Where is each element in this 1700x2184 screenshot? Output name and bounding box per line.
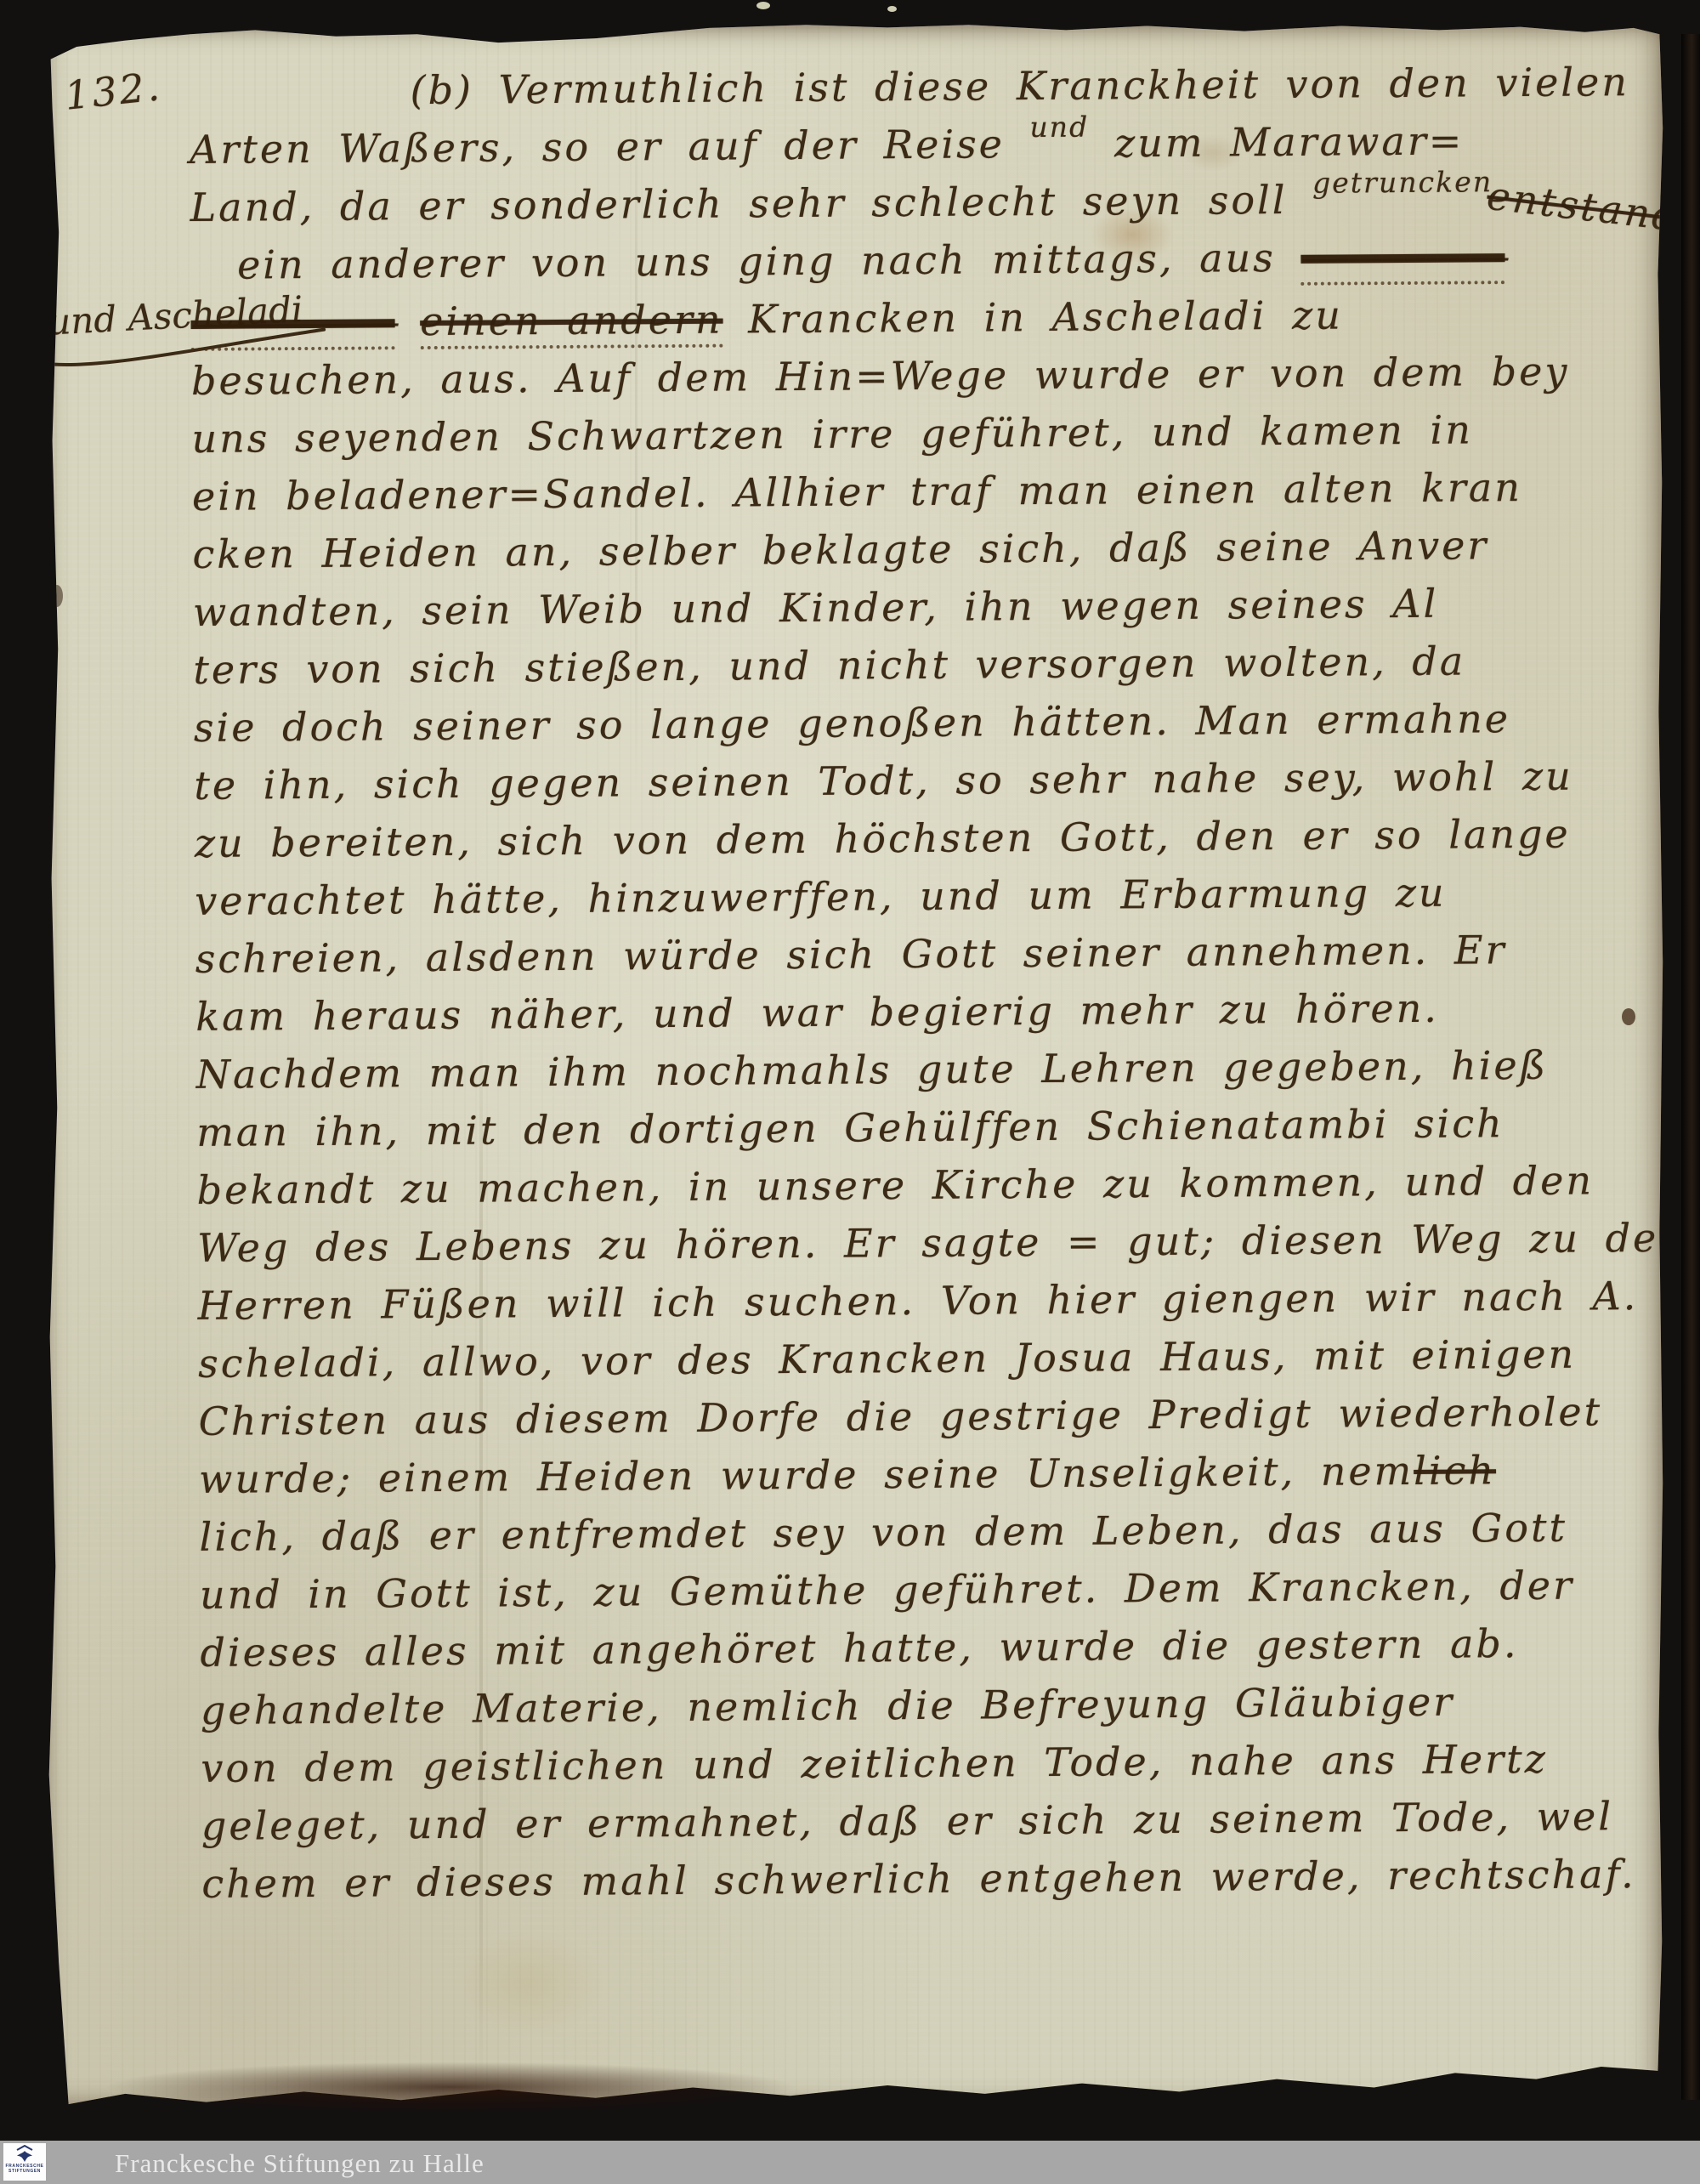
handwritten-text: chem er dieses mahl schwerlich entgehen … xyxy=(201,1851,1636,1907)
manuscript-line: cken Heiden an, selber beklagte sich, da… xyxy=(192,515,1637,583)
paper-stain xyxy=(51,585,63,607)
logo-text-line2: STIFTUNGEN xyxy=(8,2169,41,2174)
manuscript-line: Land, da er sonderlich sehr schlecht sey… xyxy=(190,168,1635,236)
scan-background: 132. und Ascheladi (b) Vermuthlich ist d… xyxy=(0,0,1700,2184)
manuscript-line: schreien, alsdenn würde sich Gott seiner… xyxy=(195,920,1640,988)
handwritten-text: zu bereiten, sich von dem höchsten Gott,… xyxy=(195,811,1571,866)
manuscript-line: wurde; einem Heiden wurde seine Unseligk… xyxy=(199,1440,1644,1508)
handwritten-text: ters von sich stießen, und nicht versorg… xyxy=(193,638,1465,692)
footer-bar: FRANCKESCHE STIFTUNGEN Franckesche Stift… xyxy=(0,2141,1700,2184)
handwritten-sup: und xyxy=(1029,99,1089,156)
manuscript-line: ters von sich stießen, und nicht versorg… xyxy=(193,631,1638,699)
manuscript-line: te ihn, sich gegen seinen Todt, so sehr … xyxy=(194,746,1639,814)
handwritten-text: scheladi, allwo, vor des Krancken Josua … xyxy=(198,1331,1576,1387)
foundation-logo: FRANCKESCHE STIFTUNGEN xyxy=(3,2143,46,2181)
manuscript-line: gehandelte Materie, nemlich die Befreyun… xyxy=(201,1671,1646,1739)
logo-eagle-icon xyxy=(14,2145,36,2164)
handwritten-text: und in Gott ist, zu Gemüthe geführet. De… xyxy=(200,1563,1574,1618)
handwritten-sup: getruncken xyxy=(1312,153,1493,212)
handwritten-text: von dem geistlichen und zeitlichen Tode,… xyxy=(201,1736,1548,1791)
handwritten-text: ein beladener=Sandel. Allhier traf man e… xyxy=(192,464,1522,519)
paper-fragment xyxy=(887,6,897,12)
handwritten-text: te ihn, sich gegen seinen Todt, so sehr … xyxy=(194,753,1573,808)
manuscript-line: scheladi, allwo, vor des Krancken Josua … xyxy=(198,1325,1643,1393)
handwritten-strike: lich xyxy=(1414,1447,1496,1494)
handwritten-text: ein anderer von uns ging nach mittags, a… xyxy=(237,235,1301,288)
manuscript-page: 132. und Ascheladi (b) Vermuthlich ist d… xyxy=(44,24,1666,2108)
manuscript-line: kam heraus näher, und war begierig mehr … xyxy=(195,978,1640,1046)
handwritten-scribble: —————— xyxy=(190,298,394,351)
manuscript-line: —————— einen andern Krancken in Aschelad… xyxy=(190,284,1635,352)
manuscript-line: Weg des Lebens zu hören. Er sagte = gut;… xyxy=(197,1209,1642,1277)
handwritten-text: Nachdem man ihm nochmahls gute Lehren ge… xyxy=(196,1042,1549,1098)
manuscript-line: man ihn, mit den dortigen Gehülffen Schi… xyxy=(196,1093,1641,1161)
handwritten-text: uns seyenden Schwartzen irre geführet, u… xyxy=(191,406,1473,462)
manuscript-line: Herren Füßen will ich suchen. Von hier g… xyxy=(197,1267,1642,1335)
manuscript-line: ein beladener=Sandel. Allhier traf man e… xyxy=(192,457,1637,525)
manuscript-line: (b) Vermuthlich ist diese Kranckheit von… xyxy=(189,53,1634,121)
handwritten-text: (b) Vermuthlich ist diese Kranckheit von… xyxy=(410,59,1629,113)
manuscript-line: besuchen, aus. Auf dem Hin=Wege wurde er… xyxy=(191,342,1636,410)
manuscript-line: zu bereiten, sich von dem höchsten Gott,… xyxy=(195,804,1640,872)
handwritten-text: Land, da er sonderlich sehr schlecht sey… xyxy=(190,177,1312,230)
manuscript-line: geleget, und er ermahnet, daß er sich zu… xyxy=(201,1787,1646,1855)
page-number: 132. xyxy=(62,63,163,119)
manuscript-line: und in Gott ist, zu Gemüthe geführet. De… xyxy=(200,1556,1645,1624)
handwritten-text: Weg des Lebens zu hören. Er sagte = gut;… xyxy=(197,1215,1680,1271)
handwritten-text: Arten Waßers, so er auf der Reise xyxy=(190,121,1030,173)
handwritten-text: schreien, alsdenn würde sich Gott seiner… xyxy=(195,927,1507,982)
handwritten-text: verachtet hätte, hinzuwerffen, und um Er… xyxy=(195,870,1447,924)
handwritten-text: sie doch seiner so lange genoßen hätten.… xyxy=(194,695,1510,751)
manuscript-line: Christen aus diesem Dorfe die gestrige P… xyxy=(198,1382,1643,1450)
handwritten-text: dieses alles mit angehöret hatte, wurde … xyxy=(200,1620,1518,1676)
handwritten-text: cken Heiden an, selber beklagte sich, da… xyxy=(192,522,1488,577)
handwritten-text: man ihn, mit den dortigen Gehülffen Schi… xyxy=(196,1100,1504,1155)
handwritten-text: lich, daß er entfremdet sey von dem Lebe… xyxy=(199,1505,1567,1560)
handwritten-strikedot: einen andern xyxy=(420,297,723,349)
manuscript-line: von dem geistlichen und zeitlichen Tode,… xyxy=(201,1729,1646,1797)
handwritten-text: Krancken in Ascheladi zu xyxy=(722,292,1343,342)
paper-stain xyxy=(452,1928,605,2039)
handwritten-text xyxy=(394,298,420,344)
manuscript-line: lich, daß er entfremdet sey von dem Lebe… xyxy=(199,1498,1644,1566)
manuscript-line: ein anderer von uns ging nach mittags, a… xyxy=(190,226,1635,294)
handwritten-text: gehandelte Materie, nemlich die Befreyun… xyxy=(201,1679,1455,1733)
footer-label: Franckesche Stiftungen zu Halle xyxy=(115,2141,484,2184)
manuscript-line: Nachdem man ihm nochmahls gute Lehren ge… xyxy=(195,1035,1640,1103)
handwritten-text: besuchen, aus. Auf dem Hin=Wege wurde er… xyxy=(191,349,1570,404)
handwritten-text: geleget, und er ermahnet, daß er sich zu… xyxy=(201,1793,1613,1849)
manuscript-line: chem er dieses mahl schwerlich entgehen … xyxy=(201,1845,1646,1913)
handwritten-text: wandten, sein Weib und Kinder, ihn wegen… xyxy=(193,581,1439,635)
handwritten-text: Christen aus diesem Dorfe die gestrige P… xyxy=(198,1388,1602,1444)
handwritten-scribble: —————— xyxy=(1300,233,1504,286)
handwritten-text: bekandt zu machen, in unsere Kirche zu k… xyxy=(196,1157,1594,1212)
manuscript-line: dieses alles mit angehöret hatte, wurde … xyxy=(200,1614,1645,1682)
manuscript-line: wandten, sein Weib und Kinder, ihn wegen… xyxy=(193,573,1638,641)
manuscript-line: bekandt zu machen, in unsere Kirche zu k… xyxy=(196,1151,1641,1219)
handwritten-text: kam heraus näher, und war begierig mehr … xyxy=(195,985,1439,1040)
handwritten-text: wurde; einem Heiden wurde seine Unseligk… xyxy=(199,1448,1414,1502)
paper-bottom-shadow xyxy=(102,2062,799,2113)
manuscript-line: verachtet hätte, hinzuwerffen, und um Er… xyxy=(195,862,1640,930)
manuscript-text: (b) Vermuthlich ist diese Kranckheit von… xyxy=(189,53,1646,1913)
manuscript-line: uns seyenden Schwartzen irre geführet, u… xyxy=(191,400,1636,468)
adjacent-page-edge xyxy=(1681,34,1700,2100)
paper-fragment xyxy=(756,2,770,9)
handwritten-text: Herren Füßen will ich suchen. Von hier g… xyxy=(197,1273,1638,1329)
manuscript-line: sie doch seiner so lange genoßen hätten.… xyxy=(194,689,1639,757)
